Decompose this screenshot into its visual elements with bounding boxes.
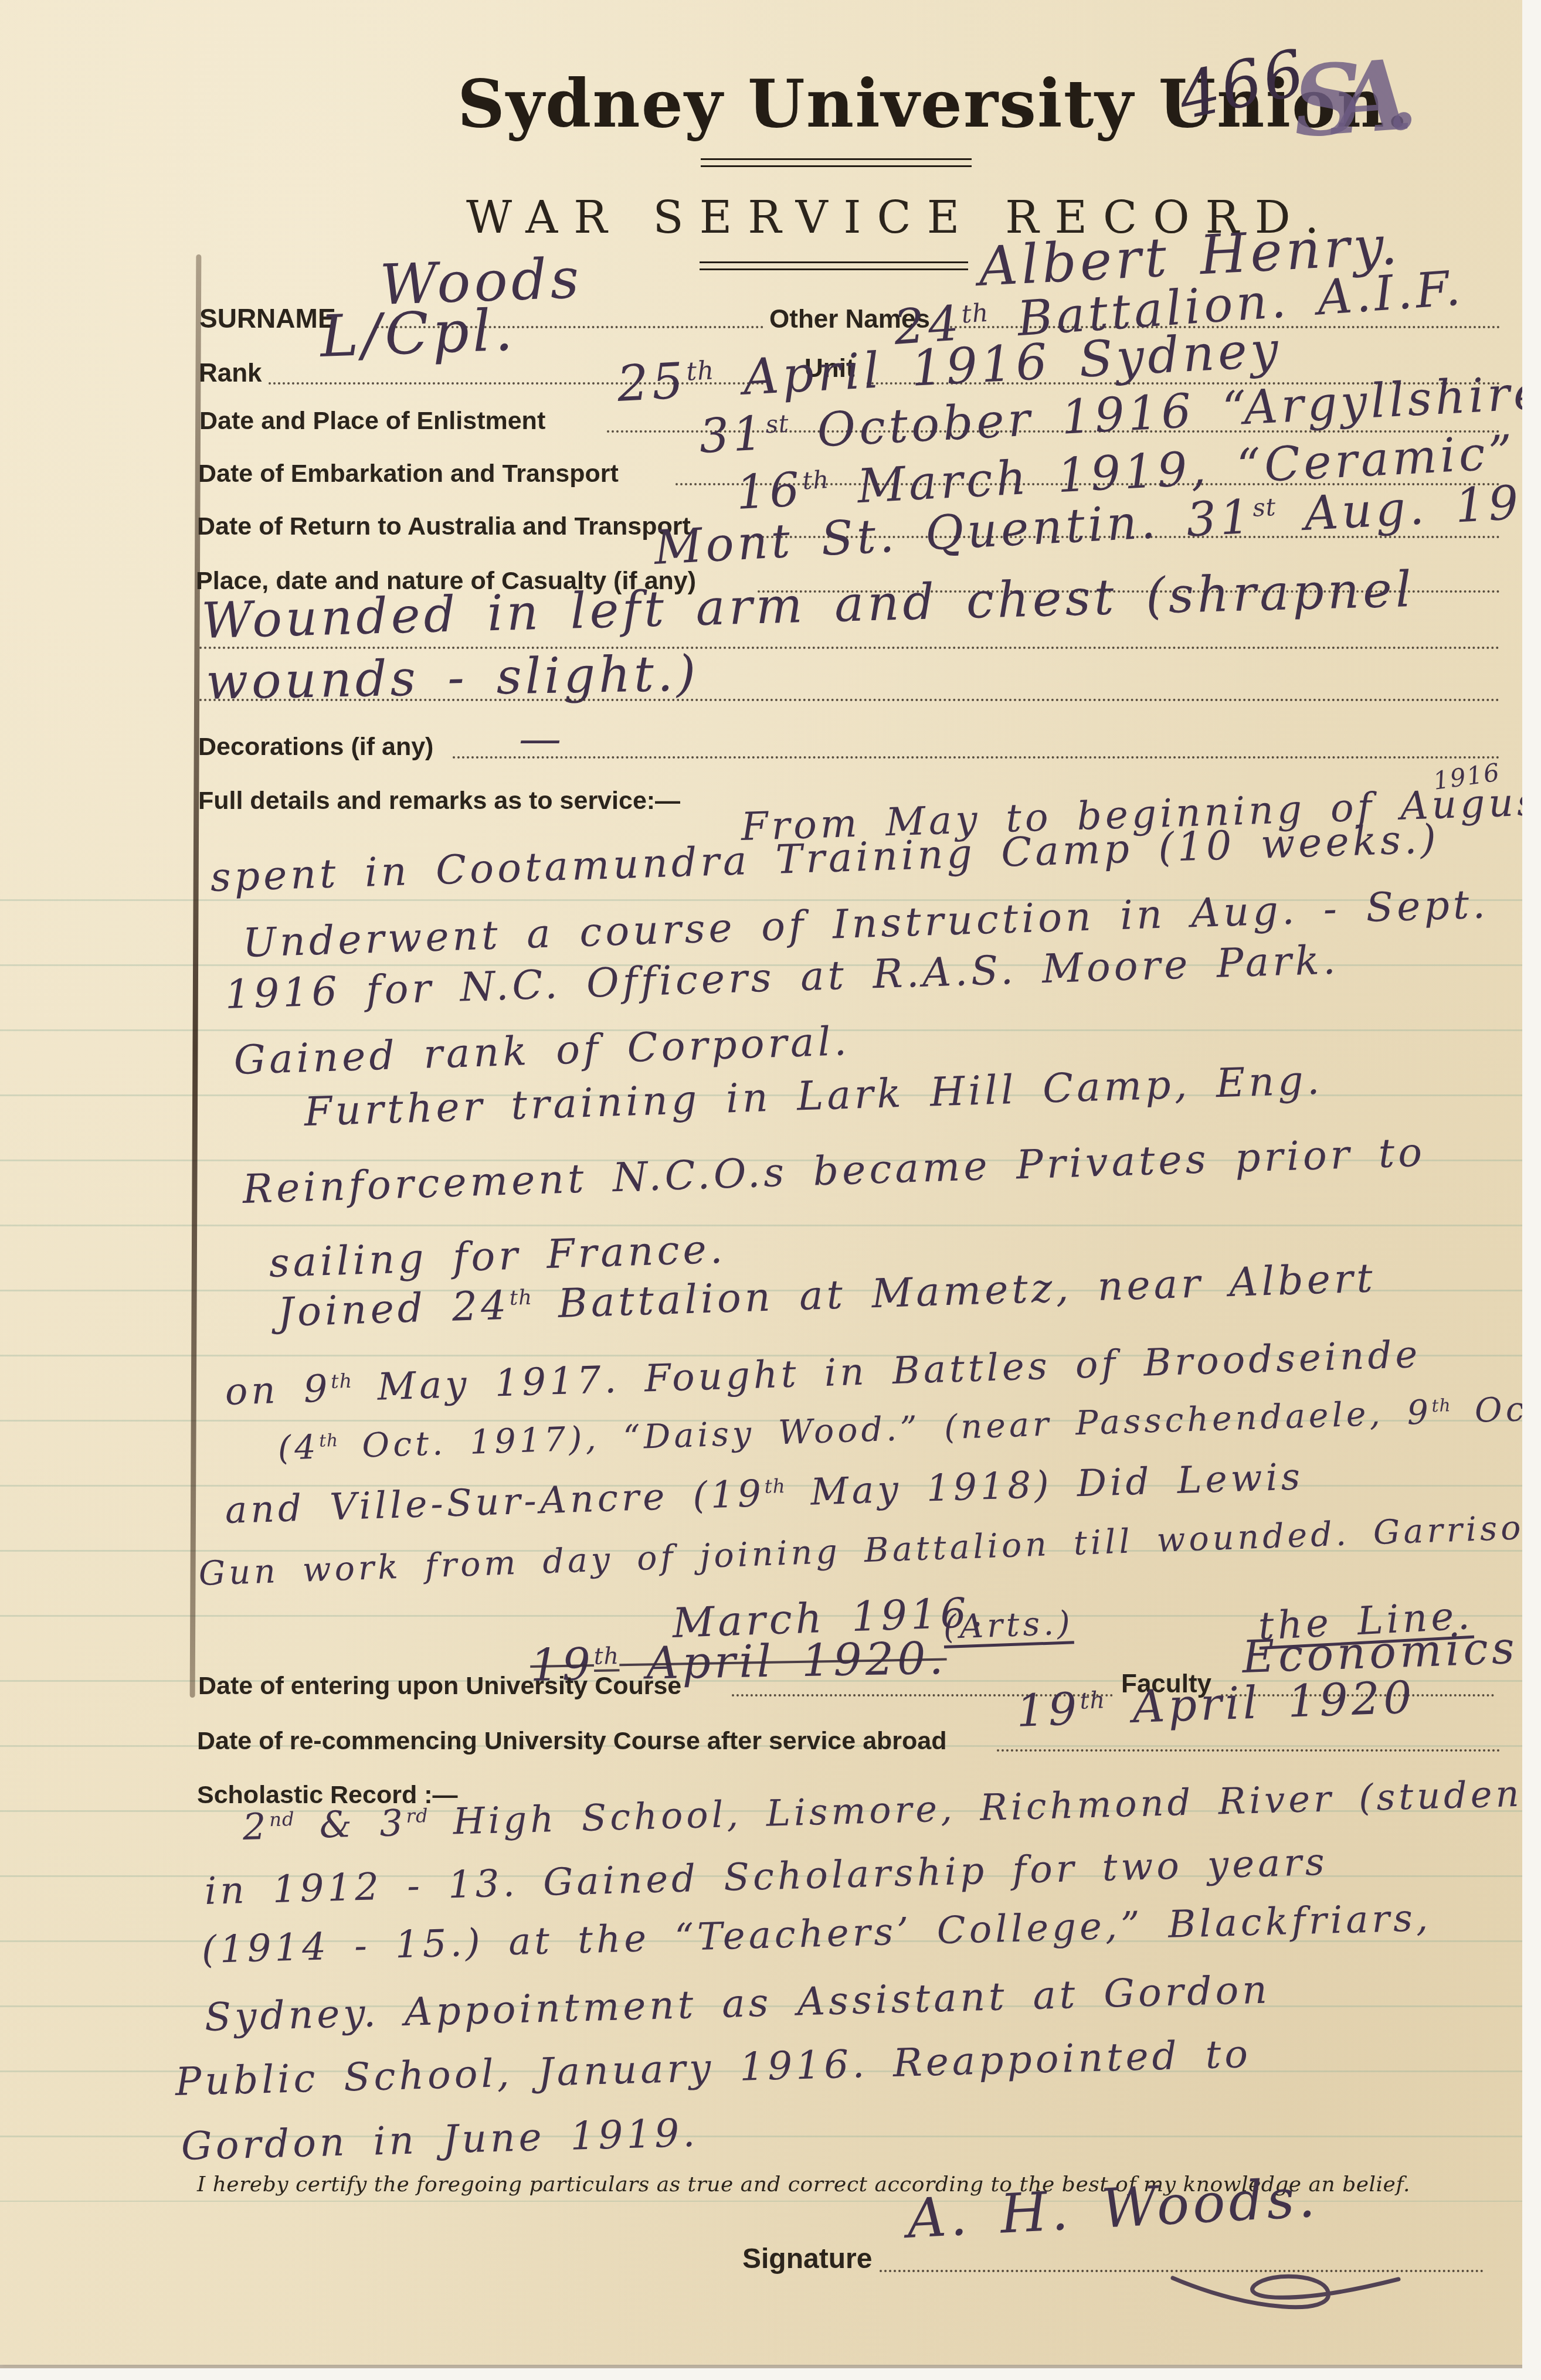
remarks-label: Full details and remarks as to service:—	[198, 787, 680, 815]
dotted-line	[199, 647, 1500, 649]
title-rule	[701, 158, 972, 167]
embarkation-label: Date of Embarkation and Transport	[198, 460, 619, 488]
decorations-value: —	[519, 714, 565, 763]
rank-value: L/Cpl.	[319, 297, 517, 370]
signature-label: Signature	[742, 2243, 872, 2275]
organization-title: Sydney University Union.	[457, 66, 1220, 142]
rank-label: Rank	[199, 359, 262, 388]
signature-flourish	[1158, 2262, 1410, 2317]
monogram-initials: SA.	[1289, 39, 1394, 159]
entering-label: Date of entering upon University Course	[198, 1672, 681, 1701]
scan-background-right	[1522, 0, 1541, 2380]
surname-label: SURNAME	[199, 302, 336, 334]
recommencing-label: Date of re-commencing University Course …	[197, 1727, 947, 1756]
entering-correction-note: (Arts.)	[943, 1604, 1074, 1647]
scan-background-bottom	[0, 2368, 1541, 2380]
dotted-line	[997, 1749, 1500, 1752]
decorations-label: Decorations (if any)	[198, 733, 433, 761]
dotted-line	[199, 699, 1500, 701]
dotted-line	[453, 756, 1500, 759]
paper-sheet: Sydney University Union. 466 SA. WAR SER…	[0, 0, 1522, 2365]
enlistment-label: Date and Place of Enlistment	[199, 407, 545, 436]
subtitle-rule	[700, 261, 968, 270]
return-label: Date of Return to Australia and Transpor…	[197, 512, 691, 541]
war-service-record-document: Sydney University Union. 466 SA. WAR SER…	[0, 0, 1541, 2380]
